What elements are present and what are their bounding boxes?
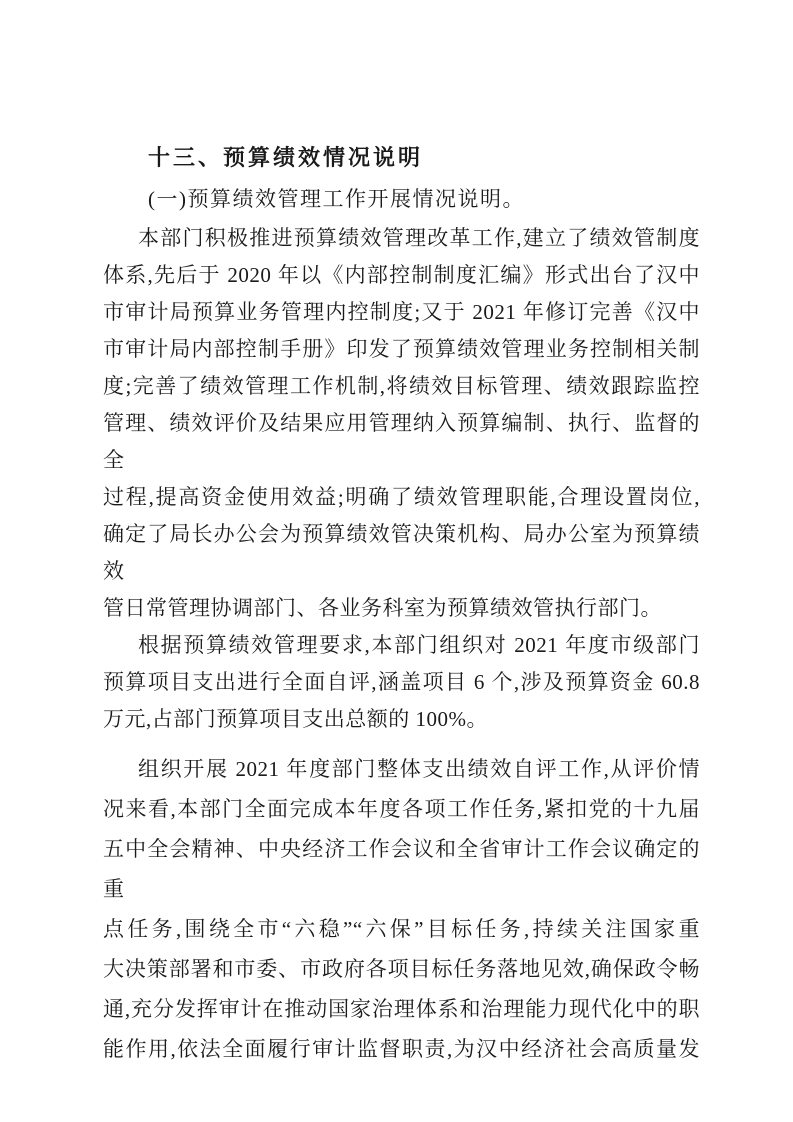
section-heading: 十三、预算绩效情况说明	[103, 138, 700, 178]
text-line: 万元,占部门预算项目支出总额的 100%。	[103, 701, 700, 738]
paragraph-2: 根据预算绩效管理要求,本部门组织对 2021 年度市级部门 预算项目支出进行全面…	[103, 627, 700, 738]
text-line: 五中全会精神、中央经济工作会议和全省审计工作会议确定的重	[103, 829, 700, 909]
text-line: 能作用,依法全面履行审计监督职责,为汉中经济社会高质量发	[103, 1029, 700, 1069]
text-line: 通,充分发挥审计在推动国家治理体系和治理能力现代化中的职	[103, 989, 700, 1029]
text-line: 预算项目支出进行全面自评,涵盖项目 6 个,涉及预算资金 60.8	[103, 664, 700, 701]
text-line: 确定了局长办公会为预算绩效管决策机构、局办公室为预算绩效	[103, 516, 700, 590]
text-line: 况来看,本部门全面完成本年度各项工作任务,紧扣党的十九届	[103, 789, 700, 829]
text-line: 点任务,围绕全市“六稳”“六保”目标任务,持续关注国家重	[103, 909, 700, 949]
subsection-heading: (一)预算绩效管理工作开展情况说明。	[103, 178, 700, 220]
text-line: 过程,提高资金使用效益;明确了绩效管理职能,合理设置岗位,	[103, 479, 700, 516]
text-line: 根据预算绩效管理要求,本部门组织对 2021 年度市级部门	[103, 627, 700, 664]
text-line: 管理、绩效评价及结果应用管理纳入预算编制、执行、监督的全	[103, 405, 700, 479]
text-line: 市审计局内部控制手册》印发了预算绩效管理业务控制相关制	[103, 331, 700, 368]
text-line: 组织开展 2021 年度部门整体支出绩效自评工作,从评价情	[103, 749, 700, 789]
text-line: 本部门积极推进预算绩效管理改革工作,建立了绩效管制度	[103, 220, 700, 257]
text-line: 大决策部署和市委、市政府各项目标任务落地见效,确保政令畅	[103, 949, 700, 989]
text-line: 度;完善了绩效管理工作机制,将绩效目标管理、绩效跟踪监控	[103, 368, 700, 405]
document-page: 十三、预算绩效情况说明 (一)预算绩效管理工作开展情况说明。 本部门积极推进预算…	[0, 0, 793, 1122]
text-line: 体系,先后于 2020 年以《内部控制制度汇编》形式出台了汉中	[103, 257, 700, 294]
paragraph-3: 组织开展 2021 年度部门整体支出绩效自评工作,从评价情 况来看,本部门全面完…	[103, 749, 700, 1069]
text-line: 管日常管理协调部门、各业务科室为预算绩效管执行部门。	[103, 590, 700, 627]
paragraph-1: 本部门积极推进预算绩效管理改革工作,建立了绩效管制度 体系,先后于 2020 年…	[103, 220, 700, 627]
text-line: 市审计局预算业务管理内控制度;又于 2021 年修订完善《汉中	[103, 294, 700, 331]
